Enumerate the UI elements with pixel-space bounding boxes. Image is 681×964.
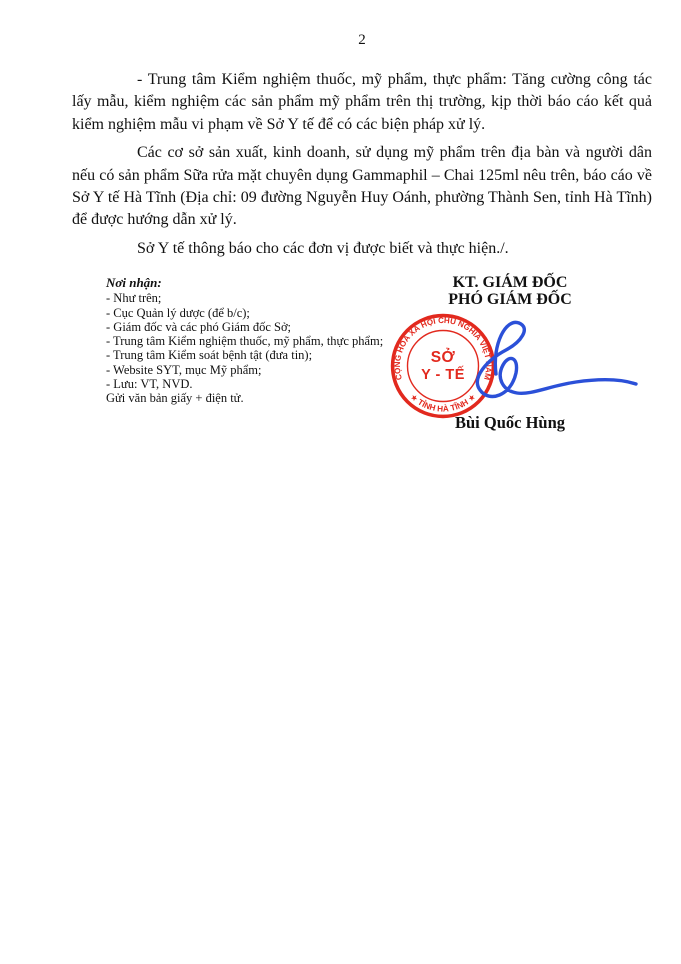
page-number: 2 (72, 0, 652, 49)
paragraph-3: Sở Y tế thông báo cho các đơn vị được bi… (72, 238, 652, 260)
recipient-item: Gửi văn bản giấy + điện tử. (106, 391, 383, 405)
recipients-heading: Nơi nhận: (106, 275, 383, 290)
recipient-item: - Như trên; (106, 291, 383, 305)
recipient-item: - Cục Quản lý dược (để b/c); (106, 306, 383, 320)
recipient-item: - Trung tâm Kiểm nghiệm thuốc, mỹ phẩm, … (106, 334, 383, 348)
signature-stroke (477, 322, 636, 396)
document-page: 2 - Trung tâm Kiểm nghiệm thuốc, mỹ phẩm… (0, 0, 681, 964)
recipient-item: - Lưu: VT, NVD. (106, 377, 383, 391)
recipients-block: Nơi nhận: - Như trên; - Cục Quản lý dược… (106, 275, 383, 405)
signer-title-line1: KT. GIÁM ĐỐC (399, 275, 621, 292)
handwritten-signature-icon (452, 316, 642, 408)
paragraph-1: - Trung tâm Kiểm nghiệm thuốc, mỹ phẩm, … (72, 69, 652, 136)
recipient-item: - Trung tâm Kiểm soát bệnh tật (đưa tin)… (106, 348, 383, 362)
recipient-item: - Website SYT, mục Mỹ phẩm; (106, 363, 383, 377)
recipient-item: - Giám đốc và các phó Giám đốc Sở; (106, 320, 383, 334)
signer-title-line2: PHÓ GIÁM ĐỐC (399, 292, 621, 309)
signer-name: Bùi Quốc Hùng (399, 413, 621, 433)
paragraph-2: Các cơ sở sản xuất, kinh doanh, sử dụng … (72, 142, 652, 232)
